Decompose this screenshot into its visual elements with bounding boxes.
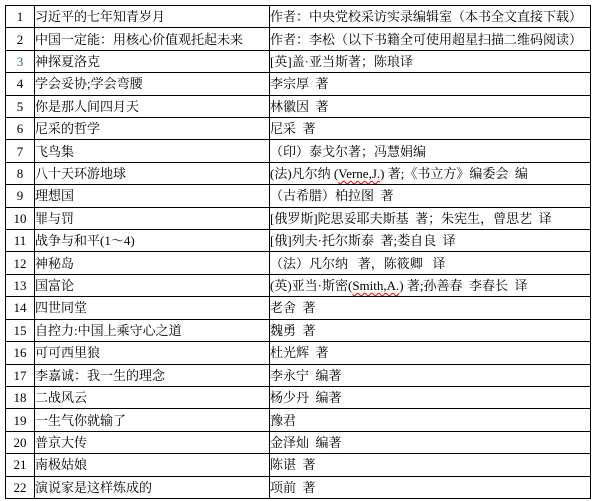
row-number: 17 bbox=[6, 364, 35, 386]
author-text-segment: （古希腊）柏拉图 著 bbox=[270, 188, 394, 203]
table-row: 7 飞鸟集 （印）泰戈尔著；冯慧娟编 bbox=[6, 140, 591, 162]
author-text-segment: 尼采 著 bbox=[270, 121, 316, 136]
row-number: 7 bbox=[6, 140, 35, 162]
book-title: 演说家是这样炼成的 bbox=[35, 476, 270, 498]
row-number: 20 bbox=[6, 431, 35, 453]
table-row: 16 可可西里狼 杜光辉 著 bbox=[6, 342, 591, 364]
author-info: 李宗厚 著 bbox=[270, 73, 591, 95]
book-title: 中国一定能：用核心价值观托起未来 bbox=[35, 28, 270, 50]
book-title: 学会妥协;学会弯腰 bbox=[35, 73, 270, 95]
author-text-segment: 李宗厚 著 bbox=[270, 76, 329, 91]
author-info: (英)亚当·斯密(Smith,A.) 著;孙善春 李春长 译 bbox=[270, 274, 591, 296]
book-title: 飞鸟集 bbox=[35, 140, 270, 162]
table-row: 21 南极姑娘 陈谌 著 bbox=[6, 454, 591, 476]
table-row: 10 罪与罚 [俄罗斯]陀思妥耶夫斯基 著；朱宪生，曾思艺 译 bbox=[6, 207, 591, 229]
author-text-segment: 项前 著 bbox=[270, 480, 316, 495]
author-text-segment: ) 著;孙善春 李春长 译 bbox=[399, 278, 527, 293]
row-number: 3 bbox=[6, 50, 35, 72]
author-info: (法)凡尔纳 (Verne,J.) 著;《书立方》编委会 编 bbox=[270, 162, 591, 184]
book-table-body: 1 习近平的七年知青岁月 作者：中央党校采访实录编辑室（本书全文直接下载） 2 … bbox=[6, 6, 591, 499]
row-number: 13 bbox=[6, 274, 35, 296]
author-info: 杜光辉 著 bbox=[270, 342, 591, 364]
table-row: 5 你是那人间四月天 林徽因 著 bbox=[6, 95, 591, 117]
book-title: 四世同堂 bbox=[35, 297, 270, 319]
row-number: 19 bbox=[6, 409, 35, 431]
table-row: 14 四世同堂 老舍 著 bbox=[6, 297, 591, 319]
author-text-segment: 魏勇 著 bbox=[270, 323, 316, 338]
book-title: 战争与和平(1～4) bbox=[35, 230, 270, 252]
row-number: 21 bbox=[6, 454, 35, 476]
author-text-segment: [俄罗斯]陀思妥耶夫斯基 著；朱宪生，曾思艺 译 bbox=[270, 211, 552, 226]
row-number: 22 bbox=[6, 476, 35, 498]
row-number: 16 bbox=[6, 342, 35, 364]
book-title: 二战风云 bbox=[35, 386, 270, 408]
author-text-segment: [英]盖·亚当斯著；陈琅译 bbox=[270, 54, 413, 69]
book-title: 南极姑娘 bbox=[35, 454, 270, 476]
table-row: 2 中国一定能：用核心价值观托起未来 作者：李松（以下书籍全可使用超星扫描二维码… bbox=[6, 28, 591, 50]
book-title: 习近平的七年知青岁月 bbox=[35, 6, 270, 28]
author-info: 李永宁 编著 bbox=[270, 364, 591, 386]
spellcheck-flagged-text: Smith,A. bbox=[352, 278, 399, 293]
book-title: 八十天环游地球 bbox=[35, 162, 270, 184]
author-text-segment: (英)亚当·斯密( bbox=[270, 278, 352, 293]
table-row: 6 尼采的哲学 尼采 著 bbox=[6, 118, 591, 140]
book-title: 李嘉诚：我一生的理念 bbox=[35, 364, 270, 386]
table-row: 22 演说家是这样炼成的 项前 著 bbox=[6, 476, 591, 498]
table-row: 18 二战风云 杨少丹 编著 bbox=[6, 386, 591, 408]
row-number: 11 bbox=[6, 230, 35, 252]
book-list-table: 1 习近平的七年知青岁月 作者：中央党校采访实录编辑室（本书全文直接下载） 2 … bbox=[5, 5, 591, 499]
author-text-segment: 杨少丹 编著 bbox=[270, 390, 342, 405]
author-text-segment: 老舍 著 bbox=[270, 300, 316, 315]
row-number: 6 bbox=[6, 118, 35, 140]
author-text-segment: 杜光辉 著 bbox=[270, 345, 329, 360]
row-number: 5 bbox=[6, 95, 35, 117]
row-number: 4 bbox=[6, 73, 35, 95]
row-number: 9 bbox=[6, 185, 35, 207]
author-text-segment: 作者：中央党校采访实录编辑室（本书全文直接下载） bbox=[270, 9, 582, 24]
book-title: 神探夏洛克 bbox=[35, 50, 270, 72]
book-title: 你是那人间四月天 bbox=[35, 95, 270, 117]
author-info: （印）泰戈尔著；冯慧娟编 bbox=[270, 140, 591, 162]
row-number: 1 bbox=[6, 6, 35, 28]
table-row: 12 神秘岛 （法）凡尔纳 著，陈筱卿 译 bbox=[6, 252, 591, 274]
table-row: 17 李嘉诚：我一生的理念 李永宁 编著 bbox=[6, 364, 591, 386]
author-text-segment: (法)凡尔纳 ( bbox=[270, 166, 338, 181]
author-info: 豫君 bbox=[270, 409, 591, 431]
author-info: 林徽因 著 bbox=[270, 95, 591, 117]
book-title: 国富论 bbox=[35, 274, 270, 296]
table-row: 4 学会妥协;学会弯腰 李宗厚 著 bbox=[6, 73, 591, 95]
author-text-segment: （法）凡尔纳 著，陈筱卿 译 bbox=[270, 256, 446, 271]
book-title: 理想国 bbox=[35, 185, 270, 207]
author-info: 杨少丹 编著 bbox=[270, 386, 591, 408]
book-title: 尼采的哲学 bbox=[35, 118, 270, 140]
table-row: 13 国富论 (英)亚当·斯密(Smith,A.) 著;孙善春 李春长 译 bbox=[6, 274, 591, 296]
document-page: 1 习近平的七年知青岁月 作者：中央党校采访实录编辑室（本书全文直接下载） 2 … bbox=[0, 0, 592, 501]
table-row: 11 战争与和平(1～4) [俄]列夫·托尔斯泰 著;娄自良 译 bbox=[6, 230, 591, 252]
author-text-segment: [俄]列夫·托尔斯泰 著;娄自良 译 bbox=[270, 233, 456, 248]
author-info: （法）凡尔纳 著，陈筱卿 译 bbox=[270, 252, 591, 274]
author-text-segment: ) 著;《书立方》编委会 编 bbox=[380, 166, 528, 181]
book-title: 一生气你就输了 bbox=[35, 409, 270, 431]
table-row: 19 一生气你就输了 豫君 bbox=[6, 409, 591, 431]
author-info: 项前 著 bbox=[270, 476, 591, 498]
row-number: 8 bbox=[6, 162, 35, 184]
table-row: 1 习近平的七年知青岁月 作者：中央党校采访实录编辑室（本书全文直接下载） bbox=[6, 6, 591, 28]
row-number: 18 bbox=[6, 386, 35, 408]
table-row: 8 八十天环游地球 (法)凡尔纳 (Verne,J.) 著;《书立方》编委会 编 bbox=[6, 162, 591, 184]
author-info: 老舍 著 bbox=[270, 297, 591, 319]
author-info: [英]盖·亚当斯著；陈琅译 bbox=[270, 50, 591, 72]
book-title: 普京大传 bbox=[35, 431, 270, 453]
author-text-segment: 金泽灿 编著 bbox=[270, 435, 342, 450]
book-title: 自控力:中国上乘守心之道 bbox=[35, 319, 270, 341]
row-number: 2 bbox=[6, 28, 35, 50]
table-row: 20 普京大传 金泽灿 编著 bbox=[6, 431, 591, 453]
row-number: 15 bbox=[6, 319, 35, 341]
author-text-segment: 陈谌 著 bbox=[270, 457, 316, 472]
author-info: [俄]列夫·托尔斯泰 著;娄自良 译 bbox=[270, 230, 591, 252]
table-row: 9 理想国 （古希腊）柏拉图 著 bbox=[6, 185, 591, 207]
author-text-segment: 李永宁 编著 bbox=[270, 368, 342, 383]
author-info: 金泽灿 编著 bbox=[270, 431, 591, 453]
author-text-segment: 豫君 bbox=[270, 413, 296, 428]
row-number: 14 bbox=[6, 297, 35, 319]
author-info: 陈谌 著 bbox=[270, 454, 591, 476]
author-info: 魏勇 著 bbox=[270, 319, 591, 341]
table-row: 15 自控力:中国上乘守心之道 魏勇 著 bbox=[6, 319, 591, 341]
author-text-segment: （印）泰戈尔著；冯慧娟编 bbox=[270, 144, 426, 159]
book-title: 神秘岛 bbox=[35, 252, 270, 274]
author-info: （古希腊）柏拉图 著 bbox=[270, 185, 591, 207]
spellcheck-flagged-text: Verne,J. bbox=[338, 166, 380, 181]
author-text-segment: 作者：李松（以下书籍全可使用超星扫描二维码阅读） bbox=[270, 32, 582, 47]
table-row: 3 神探夏洛克 [英]盖·亚当斯著；陈琅译 bbox=[6, 50, 591, 72]
row-number: 12 bbox=[6, 252, 35, 274]
book-title: 可可西里狼 bbox=[35, 342, 270, 364]
book-title: 罪与罚 bbox=[35, 207, 270, 229]
author-info: 作者：李松（以下书籍全可使用超星扫描二维码阅读） bbox=[270, 28, 591, 50]
row-number: 10 bbox=[6, 207, 35, 229]
author-info: 作者：中央党校采访实录编辑室（本书全文直接下载） bbox=[270, 6, 591, 28]
author-info: [俄罗斯]陀思妥耶夫斯基 著；朱宪生，曾思艺 译 bbox=[270, 207, 591, 229]
author-text-segment: 林徽因 著 bbox=[270, 99, 329, 114]
author-info: 尼采 著 bbox=[270, 118, 591, 140]
